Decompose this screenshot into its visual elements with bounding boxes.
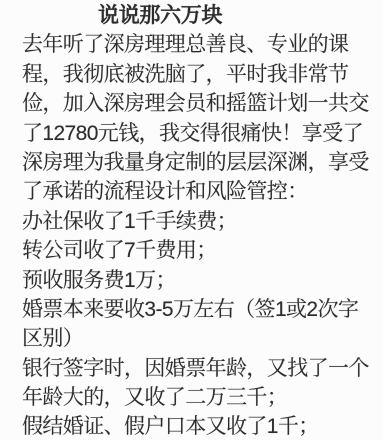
text-line: 了12780元钱，我交得很痛快！享受了 <box>0 119 383 148</box>
text-line: 年龄大的，又收了二万三千； <box>0 383 383 412</box>
text-line: 假结婚证、假户口本又收了1千； <box>0 412 383 440</box>
document-title: 说说那六万块 <box>0 1 383 30</box>
text-line: 深房理为我量身定制的层层深渊，享受 <box>0 148 383 177</box>
text-line: 转公司收了7千费用； <box>0 236 383 265</box>
text-line: 了承诺的流程设计和风险管控： <box>0 177 383 206</box>
text-line: 预收服务费1万； <box>0 266 383 295</box>
text-line: 俭，加入深房理会员和摇篮计划一共交 <box>0 89 383 118</box>
text-line: 婚票本来要收3-5万左右（签1或2次字 <box>0 295 383 324</box>
text-line: 去年听了深房理理总善良、专业的课 <box>0 30 383 59</box>
text-document: 说说那六万块 去年听了深房理理总善良、专业的课 程，我彻底被洗脑了，平时我非常节… <box>0 0 383 440</box>
text-line: 程，我彻底被洗脑了，平时我非常节 <box>0 60 383 89</box>
text-line: 区别） <box>0 324 383 353</box>
text-line: 办社保收了1千手续费； <box>0 207 383 236</box>
text-line: 银行签字时，因婚票年龄，又找了一个 <box>0 354 383 383</box>
